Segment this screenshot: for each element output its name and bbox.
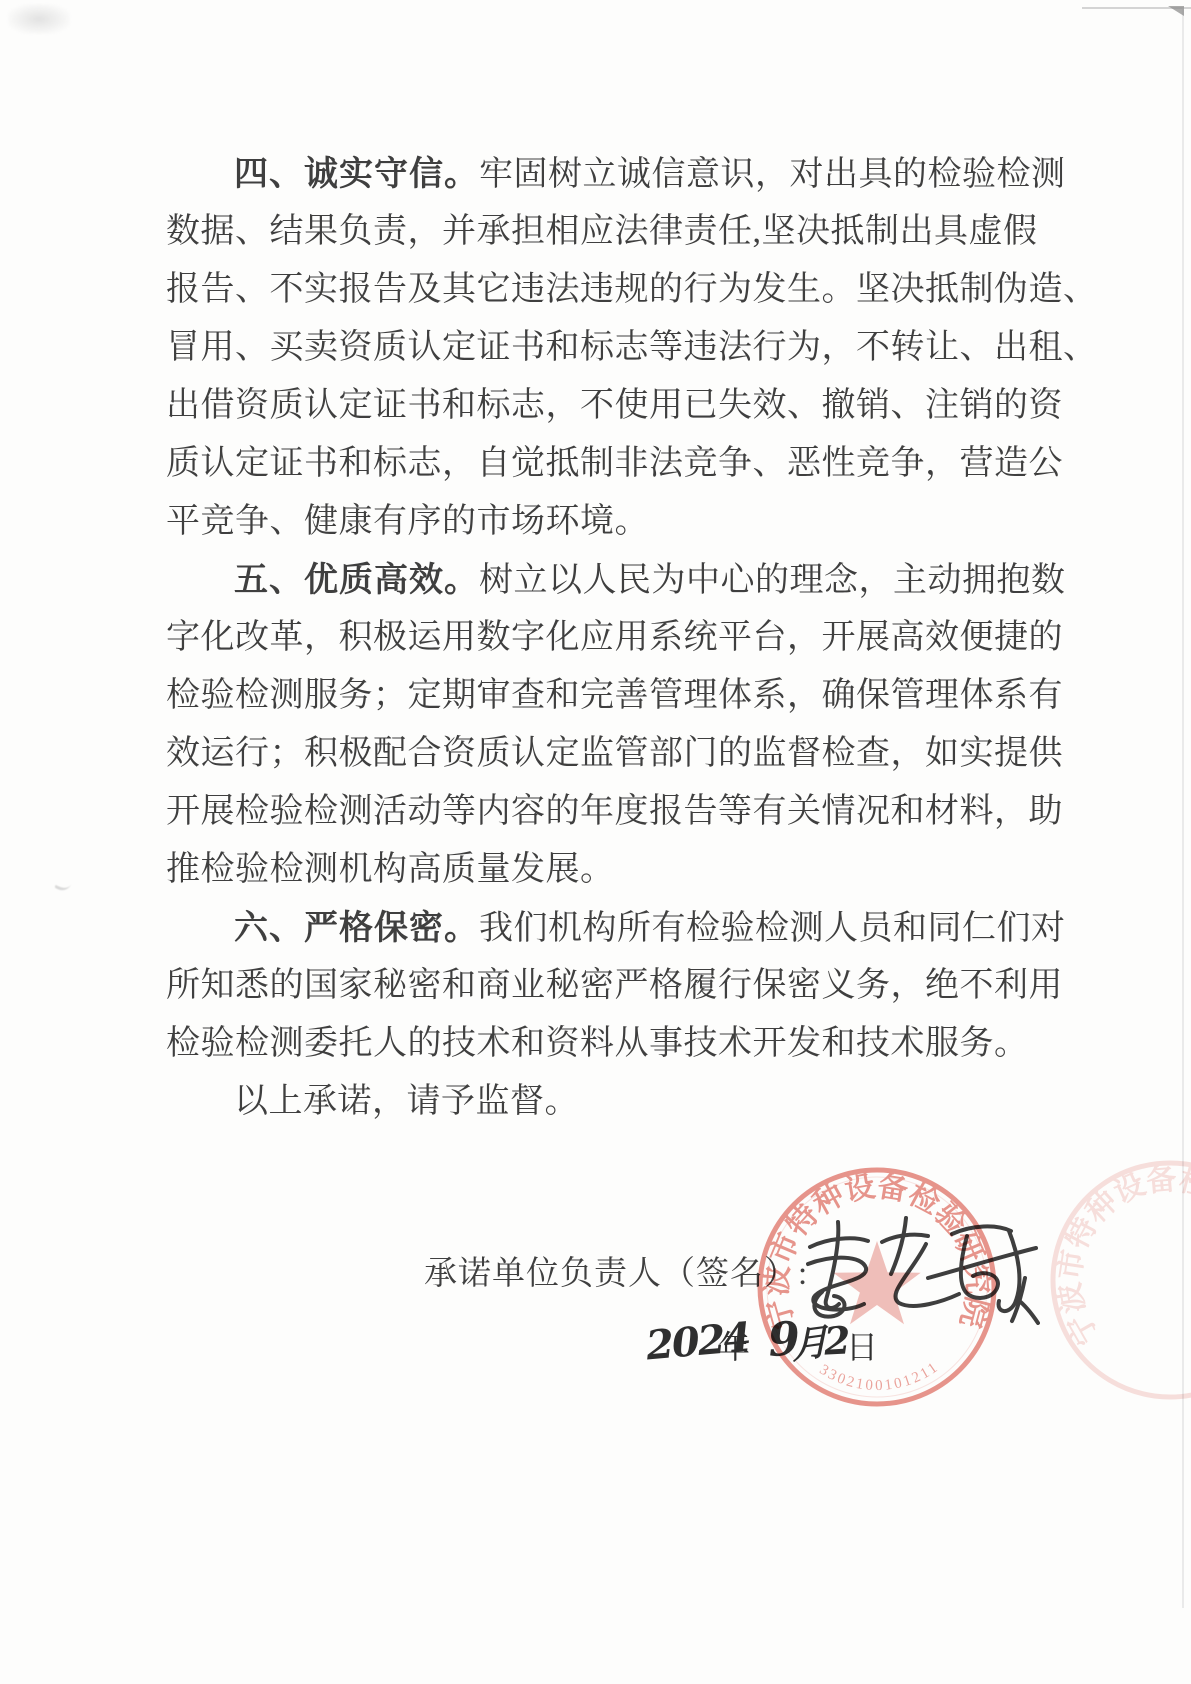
official-seal-ghost-icon: 宁波市特种设备检验研究院 bbox=[1040, 1150, 1191, 1410]
section-heading: 六、严格保密。 bbox=[234, 909, 479, 947]
text-line: 数据、结果负责，并承担相应法律责任,坚决抵制出具虚假 bbox=[166, 203, 1012, 261]
text-line: 出借资质认定证书和标志，不使用已失效、撤销、注销的资 bbox=[166, 377, 1012, 435]
section-heading: 四、诚实守信。 bbox=[234, 155, 479, 193]
text-line: 以上承诺，请予监督。 bbox=[166, 1073, 1012, 1131]
text-line: 效运行；积极配合资质认定监管部门的监督检查，如实提供 bbox=[166, 725, 1012, 783]
section-heading: 五、优质高效。 bbox=[234, 561, 479, 599]
text-line: 所知悉的国家秘密和商业秘密严格履行保密义务，绝不利用 bbox=[166, 957, 1012, 1015]
line-text: 以上承诺，请予监督。 bbox=[234, 1083, 579, 1120]
line-text: 报告、不实报告及其它违法违规的行为发生。坚决抵制伪造、 bbox=[166, 271, 1098, 308]
text-line: 报告、不实报告及其它违法违规的行为发生。坚决抵制伪造、 bbox=[166, 261, 1012, 319]
text-line: 检验检测服务；定期审查和完善管理体系，确保管理体系有 bbox=[166, 667, 1012, 725]
document-body: 四、诚实守信。牢固树立诚信意识，对出具的检验检测 数据、结果负责，并承担相应法律… bbox=[166, 145, 1012, 1131]
date-year-unit: 年 bbox=[718, 1322, 750, 1368]
text-line: 四、诚实守信。牢固树立诚信意识，对出具的检验检测 bbox=[166, 145, 1012, 203]
text-line: 平竞争、健康有序的市场环境。 bbox=[166, 493, 1012, 551]
text-line: 冒用、买卖资质认定证书和标志等违法行为，不转让、出租、 bbox=[166, 319, 1012, 377]
text-line: 字化改革，积极运用数字化应用系统平台，开展高效便捷的 bbox=[166, 609, 1012, 667]
text-line: 开展检验检测活动等内容的年度报告等有关情况和材料，助 bbox=[166, 783, 1012, 841]
text-line: 五、优质高效。树立以人民为中心的理念，主动拥抱数 bbox=[166, 551, 1012, 609]
line-text: 我们机构所有检验检测人员和同仁们对 bbox=[479, 910, 1066, 947]
line-text: 检验检测委托人的技术和资料从事技术开发和技术服务。 bbox=[166, 1025, 1029, 1062]
line-text: 字化改革，积极运用数字化应用系统平台，开展高效便捷的 bbox=[166, 619, 1063, 656]
line-text: 出借资质认定证书和标志，不使用已失效、撤销、注销的资 bbox=[166, 387, 1063, 424]
handwritten-signature-icon bbox=[782, 1192, 1062, 1332]
line-text: 开展检验检测活动等内容的年度报告等有关情况和材料，助 bbox=[166, 793, 1063, 830]
line-text: 牢固树立诚信意识，对出具的检验检测 bbox=[479, 156, 1066, 193]
scanned-document-page: 四、诚实守信。牢固树立诚信意识，对出具的检验检测 数据、结果负责，并承担相应法律… bbox=[0, 0, 1191, 1684]
line-text: 冒用、买卖资质认定证书和标志等违法行为，不转让、出租、 bbox=[166, 329, 1098, 366]
line-text: 质认定证书和标志，自觉抵制非法竞争、恶性竞争，营造公 bbox=[166, 445, 1063, 482]
line-text: 推检验检测机构高质量发展。 bbox=[166, 851, 615, 888]
text-line: 质认定证书和标志，自觉抵制非法竞争、恶性竞争，营造公 bbox=[166, 435, 1012, 493]
scan-smudge-topleft bbox=[8, 4, 70, 34]
line-text: 树立以人民为中心的理念，主动拥抱数 bbox=[479, 562, 1066, 599]
text-line: 检验检测委托人的技术和资料从事技术开发和技术服务。 bbox=[166, 1015, 1012, 1073]
line-text: 所知悉的国家秘密和商业秘密严格履行保密义务，绝不利用 bbox=[166, 967, 1063, 1004]
line-text: 效运行；积极配合资质认定监管部门的监督检查，如实提供 bbox=[166, 735, 1063, 772]
text-line: 六、严格保密。我们机构所有检验检测人员和同仁们对 bbox=[166, 899, 1012, 957]
text-line: 推检验检测机构高质量发展。 bbox=[166, 841, 1012, 899]
line-text: 平竞争、健康有序的市场环境。 bbox=[166, 503, 649, 540]
line-text: 检验检测服务；定期审查和完善管理体系，确保管理体系有 bbox=[166, 677, 1063, 714]
scan-speck bbox=[54, 878, 71, 894]
scan-corner-mark bbox=[1168, 6, 1184, 16]
line-text: 数据、结果负责，并承担相应法律责任,坚决抵制出具虚假 bbox=[166, 213, 1038, 250]
